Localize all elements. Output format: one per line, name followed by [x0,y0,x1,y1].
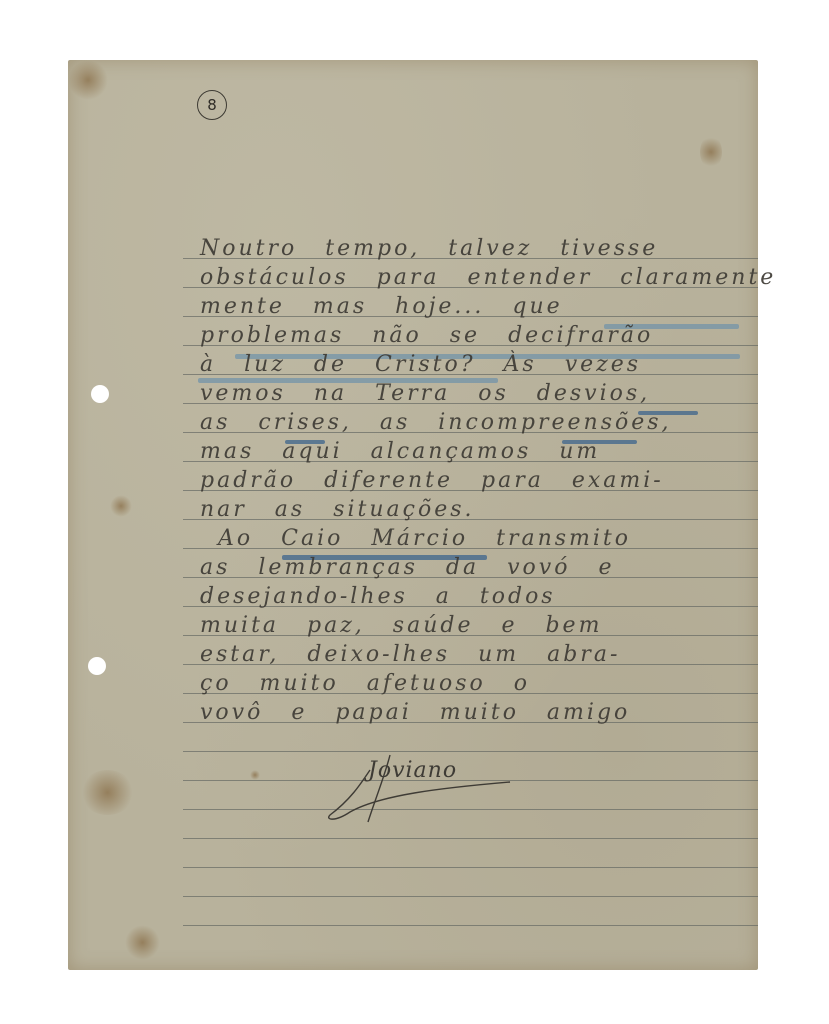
stain [80,770,135,815]
rule-line [183,838,758,839]
letter-line: as crises, as incompreensões, [200,408,760,437]
stain [68,60,108,100]
rule-line [183,867,758,868]
letter-line: Noutro tempo, talvez tivesse [200,234,760,263]
letter-line: mas aqui alcançamos um [200,437,760,466]
letter-line: à luz de Cristo? Às vezes [200,350,760,379]
letter-line: obstáculos para entender claramente [200,263,760,292]
stain [125,925,160,960]
letter-line: muita paz, saúde e bem [200,611,760,640]
letter-line: desejando-lhes a todos [200,582,760,611]
letter-line: problemas não se decifrarão [200,321,760,350]
letter-line: vemos na Terra os desvios, [200,379,760,408]
letter-line: nar as situações. [200,495,760,524]
rule-line [183,896,758,897]
letter-line: vovô e papai muito amigo [200,698,760,727]
letter-line: as lembranças da vovó e [200,553,760,582]
signature: Joviano [320,750,520,825]
letter-line: padrão diferente para exami- [200,466,760,495]
stain [110,495,132,517]
punch-hole-lower [88,657,106,675]
letter-line: ço muito afetuoso o [200,669,760,698]
letter-line: mente mas hoje... que [200,292,760,321]
punch-hole-upper [91,385,109,403]
rule-line [183,925,758,926]
letter-line: estar, deixo-lhes um abra- [200,640,760,669]
signature-text: Joviano [368,758,457,783]
letter-line: Ao Caio Márcio transmito [218,524,778,553]
